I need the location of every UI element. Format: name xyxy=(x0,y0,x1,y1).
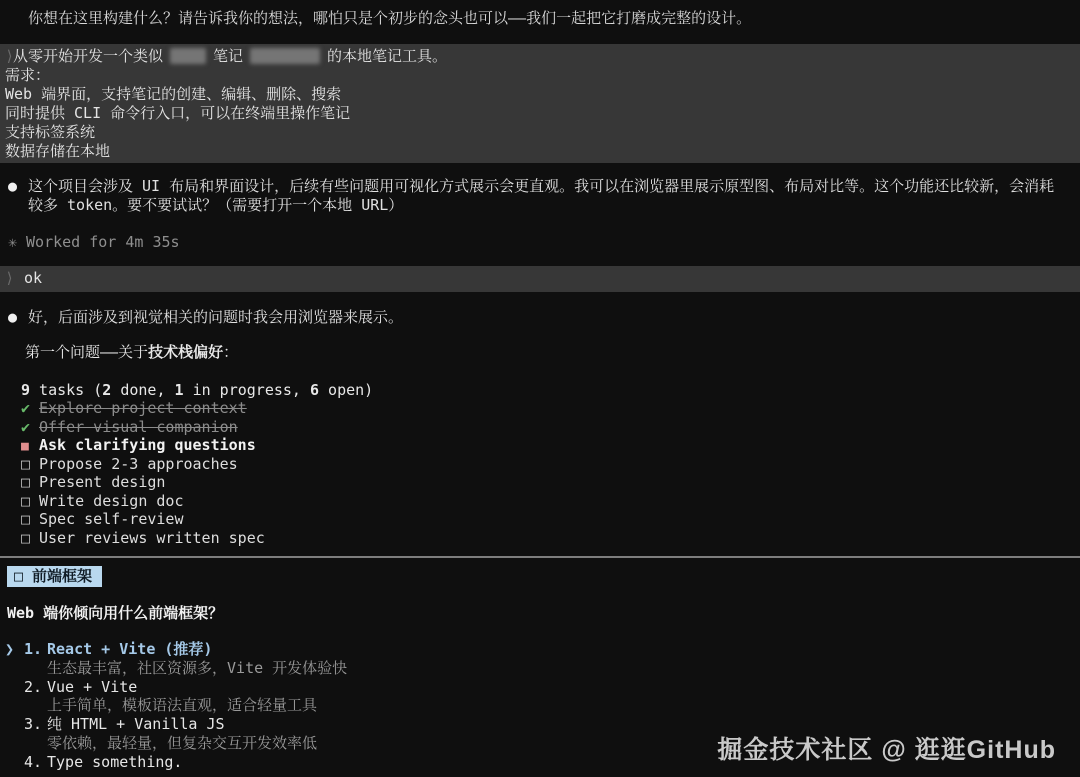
task-label: Offer visual companion xyxy=(39,418,238,436)
check-icon: ✔ xyxy=(21,399,39,417)
option-number: 2. xyxy=(24,678,47,697)
frontend-framework-badge: □前端框架 xyxy=(7,566,102,587)
section-badge-row: □前端框架 xyxy=(0,566,1080,587)
task-label: Explore project context xyxy=(39,399,247,417)
assistant-message-text: 这个项目会涉及 UI 布局和界面设计，后续有些问题用可视化方式展示会更直观。我可… xyxy=(28,177,1058,215)
task-label: Spec self-review xyxy=(39,510,184,528)
assistant-message-ack: ●好，后面涉及到视觉相关的问题时我会用浏览器来展示。 xyxy=(0,308,1080,327)
option-number: 4. xyxy=(24,753,47,772)
empty-checkbox-icon: □ xyxy=(21,455,39,473)
assistant-bullet-icon: ● xyxy=(0,308,28,327)
task-label: Present design xyxy=(39,473,165,491)
worked-duration-status: ✳Worked for 4m 35s xyxy=(0,233,1080,252)
option-number: 3. xyxy=(24,715,47,734)
option-vue-vite[interactable]: 2.Vue + Vite上手简单，模板语法直观，适合轻量工具 xyxy=(0,678,1080,716)
watermark: 掘金技术社区 @ 逛逛GitHub xyxy=(717,741,1056,760)
empty-checkbox-icon: □ xyxy=(21,510,39,528)
task-row-spec-self-review: □Spec self-review xyxy=(21,510,1080,528)
task-row-ask-clarifying-questions: ■Ask clarifying questions xyxy=(21,436,1080,454)
task-label: Ask clarifying questions xyxy=(39,436,256,454)
task-row-offer-visual-companion: ✔Offer visual companion xyxy=(21,418,1080,436)
option-label: React + Vite (推荐) xyxy=(47,640,212,658)
requirement-line: 同时提供 CLI 命令行入口，可以在终端里操作笔记 xyxy=(0,104,1066,123)
task-label: User reviews written spec xyxy=(39,529,265,547)
selection-arrow-icon: ❯ xyxy=(5,640,14,659)
task-row-present-design: □Present design xyxy=(21,473,1080,491)
requirement-line: Web 端界面，支持笔记的创建、编辑、删除、搜索 xyxy=(0,85,1066,104)
tasks-header: 9 tasks (2 done, 1 in progress, 6 open) xyxy=(21,381,1080,399)
task-row-explore-project-context: ✔Explore project context xyxy=(21,399,1080,417)
assistant-message-visual-offer: ●这个项目会涉及 UI 布局和界面设计，后续有些问题用可视化方式展示会更直观。我… xyxy=(0,177,1080,215)
option-label: Vue + Vite xyxy=(47,678,137,696)
task-label: Write design doc xyxy=(39,492,184,510)
option-description: 生态最丰富，社区资源多，Vite 开发体验快 xyxy=(0,659,1080,678)
redacted-blur-2 xyxy=(250,48,320,64)
empty-checkbox-icon: □ xyxy=(21,529,39,547)
task-row-propose-approaches: □Propose 2-3 approaches xyxy=(21,455,1080,473)
badge-label: 前端框架 xyxy=(32,567,92,585)
input-caret-icon: ⟩ xyxy=(5,269,14,288)
asterisk-icon: ✳ xyxy=(8,233,17,251)
option-label: 纯 HTML + Vanilla JS xyxy=(47,715,225,733)
empty-checkbox-icon: □ xyxy=(21,473,39,491)
framework-question: Web 端你倾向用什么前端框架？ xyxy=(0,604,1080,623)
assistant-bullet-icon: ● xyxy=(0,177,28,215)
builder-prompt-question: 你想在这里构建什么？请告诉我你的想法，哪怕只是个初步的念头也可以——我们一起把它… xyxy=(0,0,1080,28)
user-message-text: ok xyxy=(0,269,1080,288)
option-number: 1. xyxy=(24,640,47,659)
task-list: 9 tasks (2 done, 1 in progress, 6 open) … xyxy=(0,381,1080,547)
user-message-ok: ⟩ok xyxy=(0,266,1080,292)
assistant-message-text: 好，后面涉及到视觉相关的问题时我会用浏览器来展示。 xyxy=(28,308,1058,327)
input-caret-icon: ⟩ xyxy=(5,47,14,66)
task-row-write-design-doc: □Write design doc xyxy=(21,492,1080,510)
option-description: 上手简单，模板语法直观，适合轻量工具 xyxy=(0,696,1080,715)
check-icon: ✔ xyxy=(21,418,39,436)
checkbox-icon: □ xyxy=(14,567,23,585)
tech-stack-preference-emphasis: 技术栈偏好 xyxy=(148,343,223,361)
user-message-requirements: ⟩从零开始开发一个类似笔记的本地笔记工具。需求：Web 端界面，支持笔记的创建、… xyxy=(0,44,1080,163)
worked-duration-text: Worked for 4m 35s xyxy=(26,233,180,251)
prompt-question-text: 你想在这里构建什么？请告诉我你的想法，哪怕只是个初步的念头也可以——我们一起把它… xyxy=(28,9,751,27)
requirement-line: 需求： xyxy=(0,66,1066,85)
task-label: Propose 2-3 approaches xyxy=(39,455,238,473)
requirement-intro-line: 从零开始开发一个类似笔记的本地笔记工具。 xyxy=(0,47,1066,66)
redacted-blur-1 xyxy=(170,48,206,64)
option-label: Type something. xyxy=(47,753,182,771)
option-react-vite[interactable]: ❯1.React + Vite (推荐)生态最丰富，社区资源多，Vite 开发体… xyxy=(0,640,1080,678)
section-divider xyxy=(0,556,1080,558)
requirement-line: 支持标签系统 xyxy=(0,123,1066,142)
empty-checkbox-icon: □ xyxy=(21,492,39,510)
requirement-line: 数据存储在本地 xyxy=(0,142,1066,161)
task-row-user-reviews-spec: □User reviews written spec xyxy=(21,529,1080,547)
question-intro-line: 第一个问题——关于技术栈偏好： xyxy=(0,343,1080,362)
